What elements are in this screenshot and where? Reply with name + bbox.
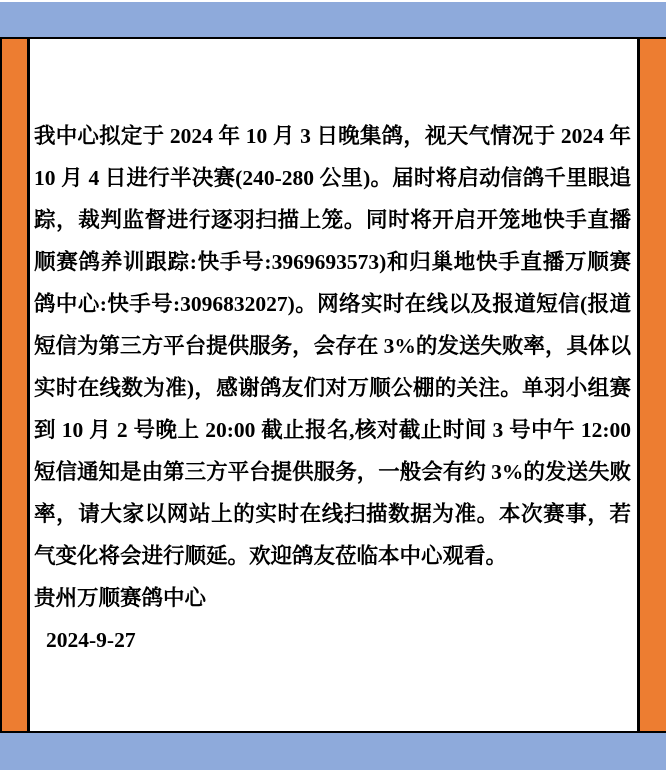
right-rail (637, 39, 666, 731)
signature-line: 贵州万顺赛鸽中心 (34, 577, 631, 619)
paragraph-line: 踪，裁判监督进行逐羽扫描上笼。同时将开启开笼地快手直播(万 (34, 199, 631, 241)
announcement-body: 我中心拟定于 2024 年 10 月 3 日晚集鸽，视天气情况于 2024 年 … (30, 39, 637, 731)
paragraph-line: 短信通知是由第三方平台提供服务，一般会有约 3%的发送失败 (34, 451, 631, 493)
paragraph-line: 10 月 4 日进行半决赛(240-280 公里)。届时将启动信鸽千里眼追 (34, 157, 631, 199)
bottom-banner (0, 731, 666, 770)
paragraph-line: 到 10 月 2 号晚上 20:00 截止报名,核对截止时间 3 号中午 12:… (34, 409, 631, 451)
top-banner (0, 2, 666, 39)
left-rail (0, 39, 30, 731)
paragraph-line: 率，请大家以网站上的实时在线扫描数据为准。本次赛事，若天 (34, 493, 631, 535)
page-middle: 我中心拟定于 2024 年 10 月 3 日晚集鸽，视天气情况于 2024 年 … (0, 39, 666, 731)
paragraph-line: 实时在线数为准)，感谢鸽友们对万顺公棚的关注。单羽小组赛 (34, 367, 631, 409)
paragraph-line: 气变化将会进行顺延。欢迎鸽友莅临本中心观看。 (34, 535, 631, 577)
paragraph-line: 我中心拟定于 2024 年 10 月 3 日晚集鸽，视天气情况于 2024 年 (34, 115, 631, 157)
date-line: 2024-9-27 (34, 619, 631, 661)
paragraph-line: 短信为第三方平台提供服务，会存在 3%的发送失败率，具体以 (34, 325, 631, 367)
paragraph-line: 顺赛鸽养训跟踪:快手号:3969693573)和归巢地快手直播万顺赛 (34, 241, 631, 283)
page: 我中心拟定于 2024 年 10 月 3 日晚集鸽，视天气情况于 2024 年 … (0, 0, 666, 770)
paragraph-line: 鸽中心:快手号:3096832027)。网络实时在线以及报道短信(报道 (34, 283, 631, 325)
